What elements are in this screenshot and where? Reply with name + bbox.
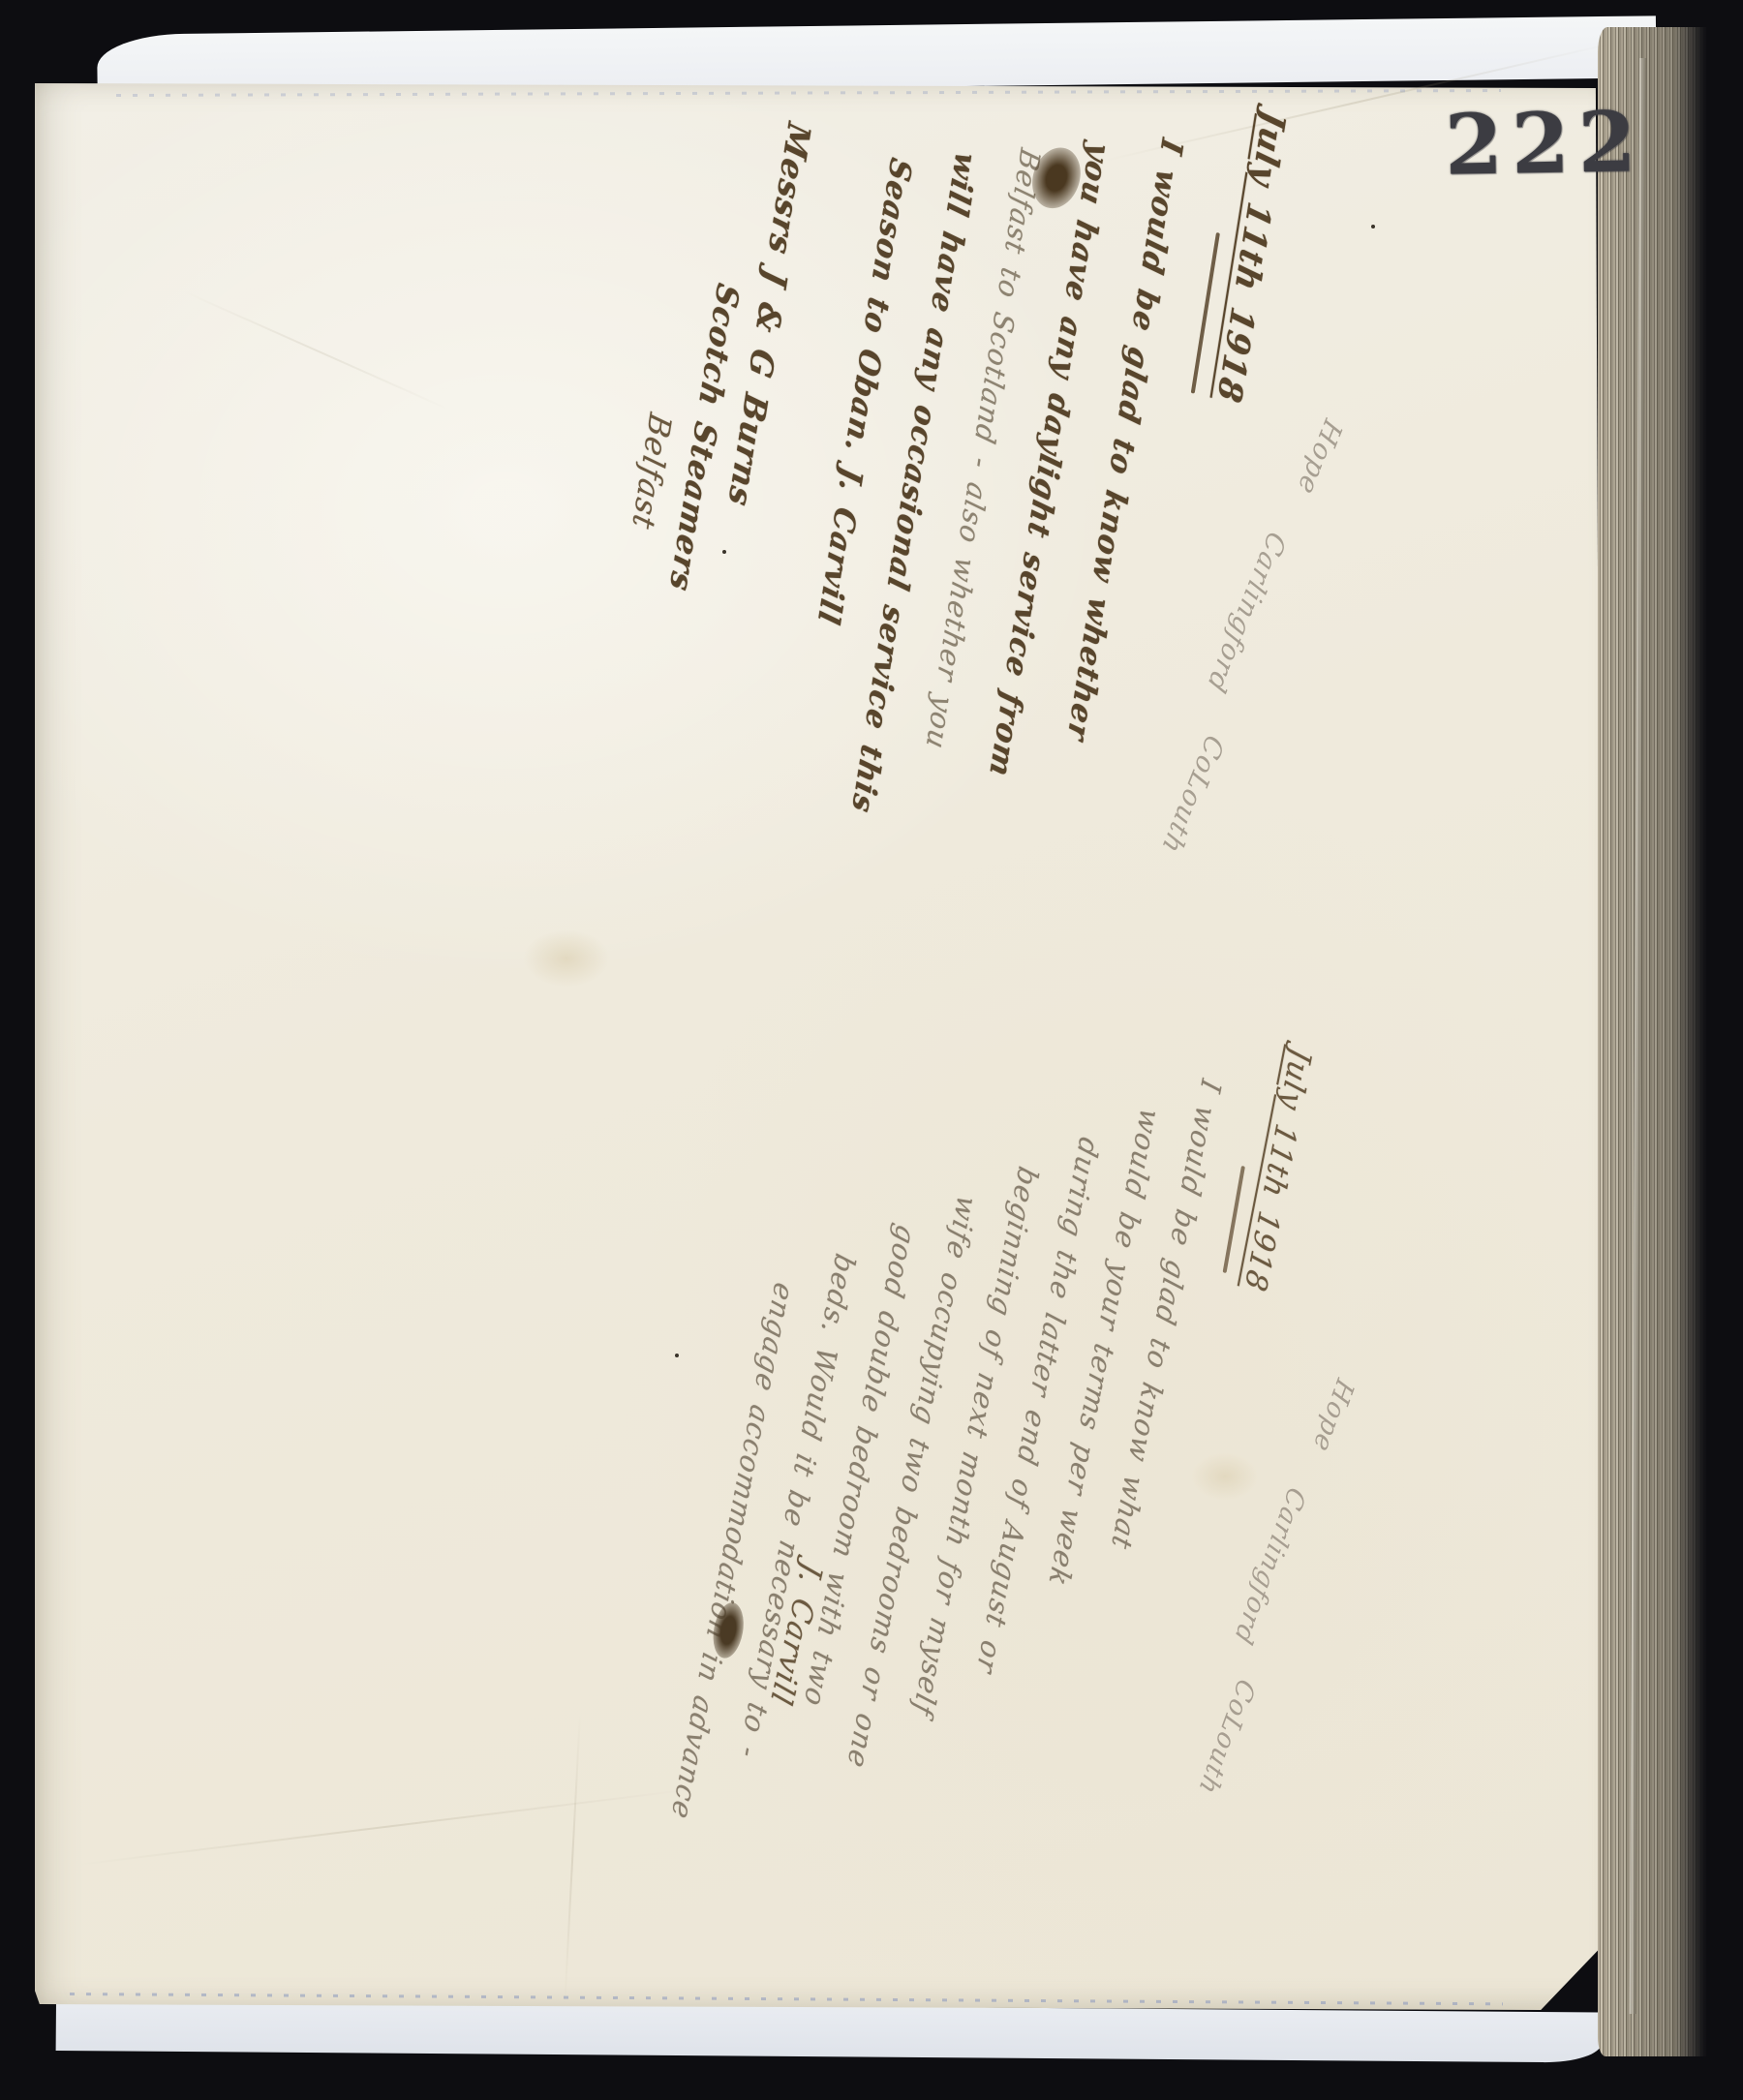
paper-stain bbox=[1191, 1452, 1259, 1501]
manuscript-page bbox=[35, 83, 1604, 2010]
underlying-page-bottom-edge bbox=[56, 2000, 1602, 2063]
book-photo: { "page_number": "222", "colors": { "bac… bbox=[0, 0, 1743, 2100]
ink-speck bbox=[1371, 225, 1375, 228]
paper-stain bbox=[523, 929, 610, 988]
ink-speck bbox=[722, 550, 726, 554]
ink-speck bbox=[675, 1354, 679, 1357]
book-fore-edge-page-stack bbox=[1598, 27, 1706, 2056]
page-number-stamp: 222 bbox=[1444, 93, 1645, 195]
